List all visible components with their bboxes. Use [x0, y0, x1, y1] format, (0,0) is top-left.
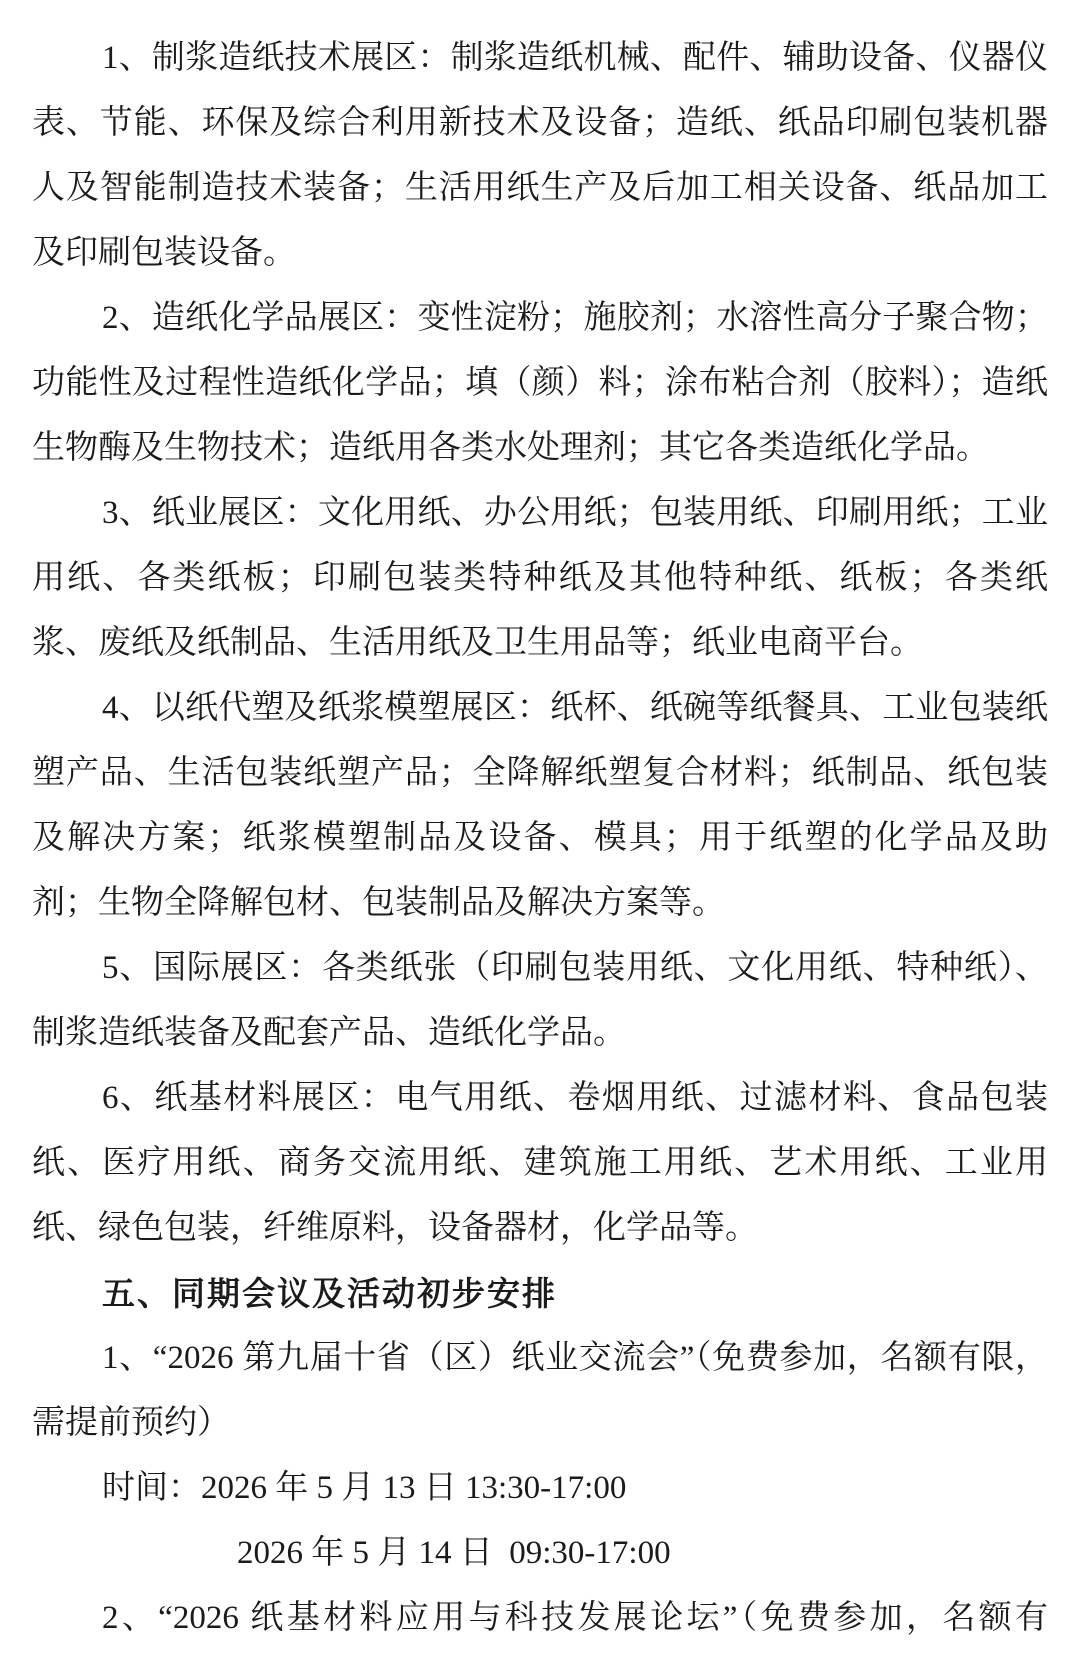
document-page: 1、制浆造纸技术展区：制浆造纸机械、配件、辅助设备、仪器仪表、节能、环保及综合利…	[0, 0, 1080, 1676]
para-event-2-materials-forum: 2、“2026 纸基材料应用与科技发展论坛”（免费参加，名额有	[32, 1586, 1048, 1651]
para-zone-1-pulp-paper-technology: 1、制浆造纸技术展区：制浆造纸机械、配件、辅助设备、仪器仪表、节能、环保及综合利…	[32, 26, 1048, 286]
para-zone-6-paper-based-materials: 6、纸基材料展区：电气用纸、卷烟用纸、过滤材料、食品包装纸、医疗用纸、商务交流用…	[32, 1066, 1048, 1261]
heading-concurrent-events: 五、同期会议及活动初步安排	[32, 1261, 1048, 1326]
para-zone-2-paper-chemicals: 2、造纸化学品展区：变性淀粉；施胶剂；水溶性高分子聚合物；功能性及过程性造纸化学…	[32, 286, 1048, 481]
event-1-time-line-2: 2026 年 5 月 14 日 09:30-17:00	[32, 1521, 1048, 1586]
event-1-time-line-1: 时间：2026 年 5 月 13 日 13:30-17:00	[32, 1456, 1048, 1521]
para-event-1-paper-exchange-conference: 1、“2026 第九届十省（区）纸业交流会”（免费参加，名额有限，需提前预约）	[32, 1326, 1048, 1456]
para-zone-5-international: 5、国际展区：各类纸张（印刷包装用纸、文化用纸、特种纸）、制浆造纸装备及配套产品…	[32, 936, 1048, 1066]
para-zone-3-paper-industry: 3、纸业展区：文化用纸、办公用纸；包装用纸、印刷用纸；工业用纸、各类纸板；印刷包…	[32, 481, 1048, 676]
para-zone-4-paper-instead-of-plastic: 4、以纸代塑及纸浆模塑展区：纸杯、纸碗等纸餐具、工业包装纸塑产品、生活包装纸塑产…	[32, 676, 1048, 936]
